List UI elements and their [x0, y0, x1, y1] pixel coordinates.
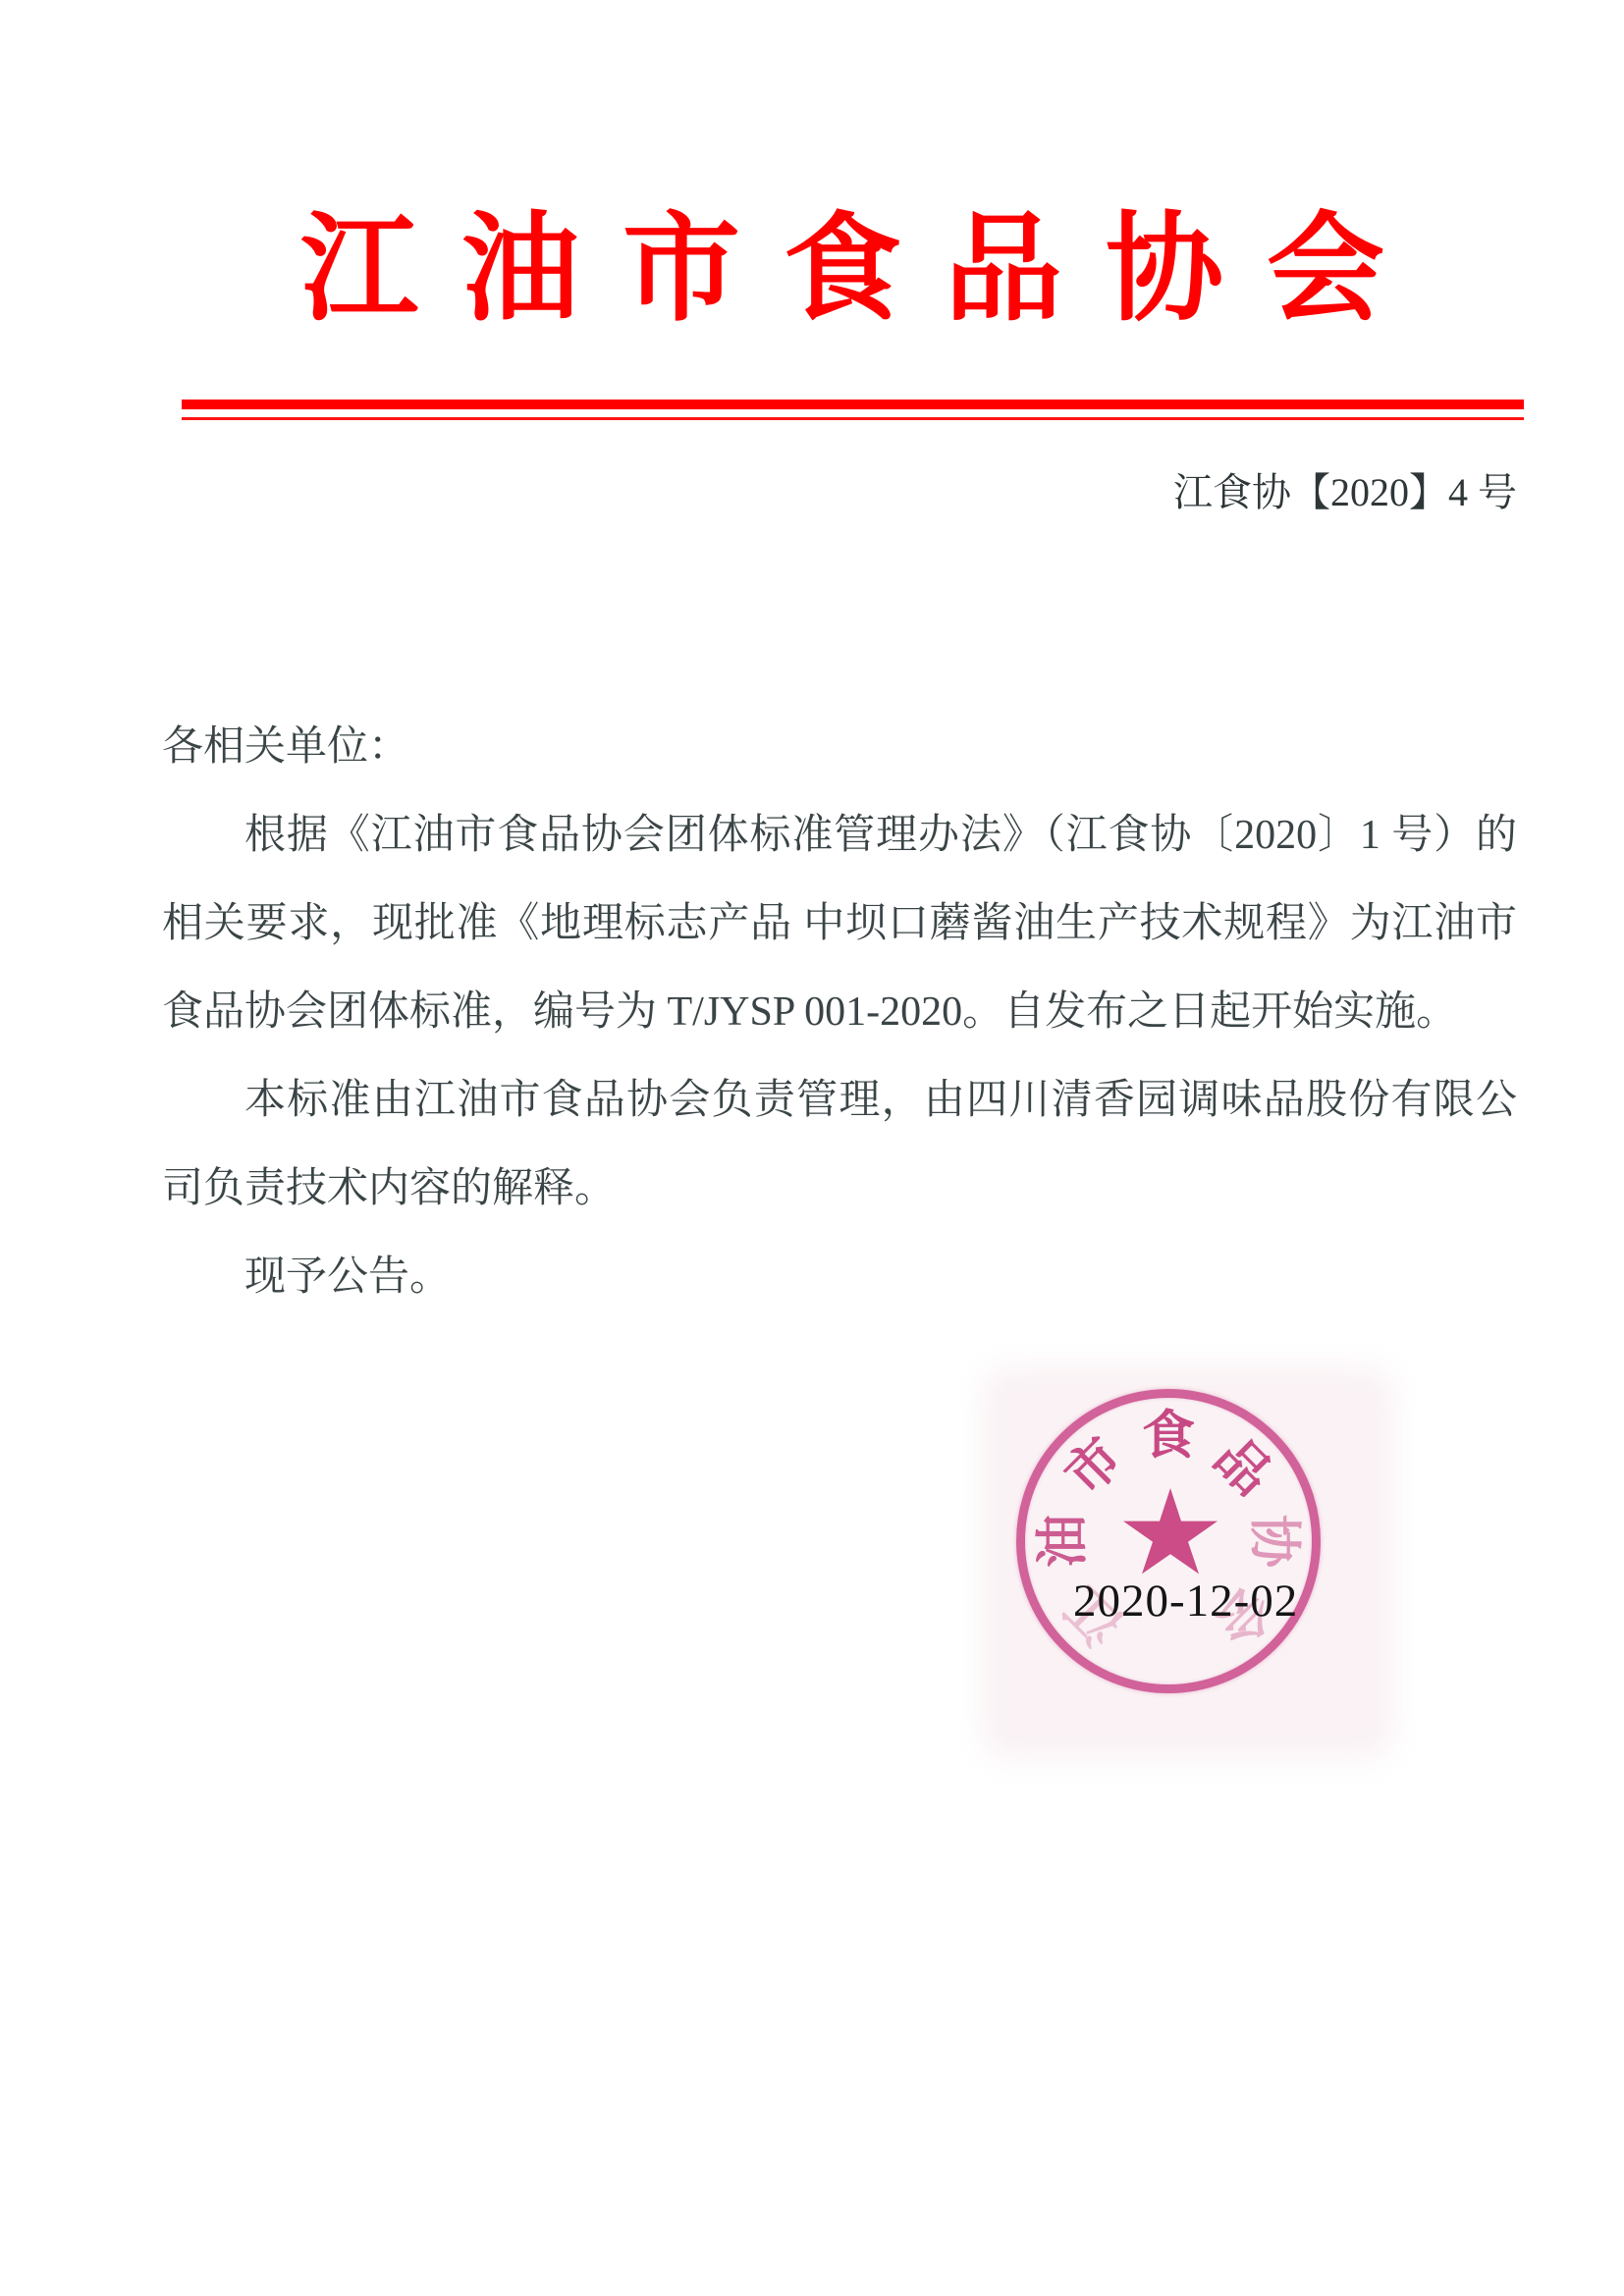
letterhead-org-title: 江油市食品协会: [300, 208, 1428, 332]
seal-char: 协: [1241, 1515, 1317, 1568]
letterhead-thick-red-rule: [182, 400, 1524, 409]
letter-body: 各相关单位： 根据《江油市食品协会团体标准管理办法》（江食协〔2020〕1 号）…: [162, 703, 1517, 1321]
paragraph-management: 本标准由江油市食品协会负责管理，由四川清香园调味品股份有限公司负责技术内容的解释…: [162, 1056, 1517, 1233]
salutation: 各相关单位：: [162, 703, 1517, 791]
seal-char: 油: [1021, 1515, 1097, 1568]
document-reference-number: 江食协【2020】4 号: [162, 467, 1517, 518]
document-page: 江油市食品协会 江食协【2020】4 号 各相关单位： 根据《江油市食品协会团体…: [0, 0, 1624, 2296]
seal-char: 食: [1142, 1394, 1195, 1469]
paragraph-announcement: 现予公告。: [162, 1233, 1517, 1321]
seal-date: 2020-12-02: [1073, 1576, 1298, 1626]
letterhead-thin-red-rule: [182, 417, 1524, 420]
paragraph-approval: 根据《江油市食品协会团体标准管理办法》（江食协〔2020〕1 号）的相关要求，现…: [162, 791, 1517, 1056]
